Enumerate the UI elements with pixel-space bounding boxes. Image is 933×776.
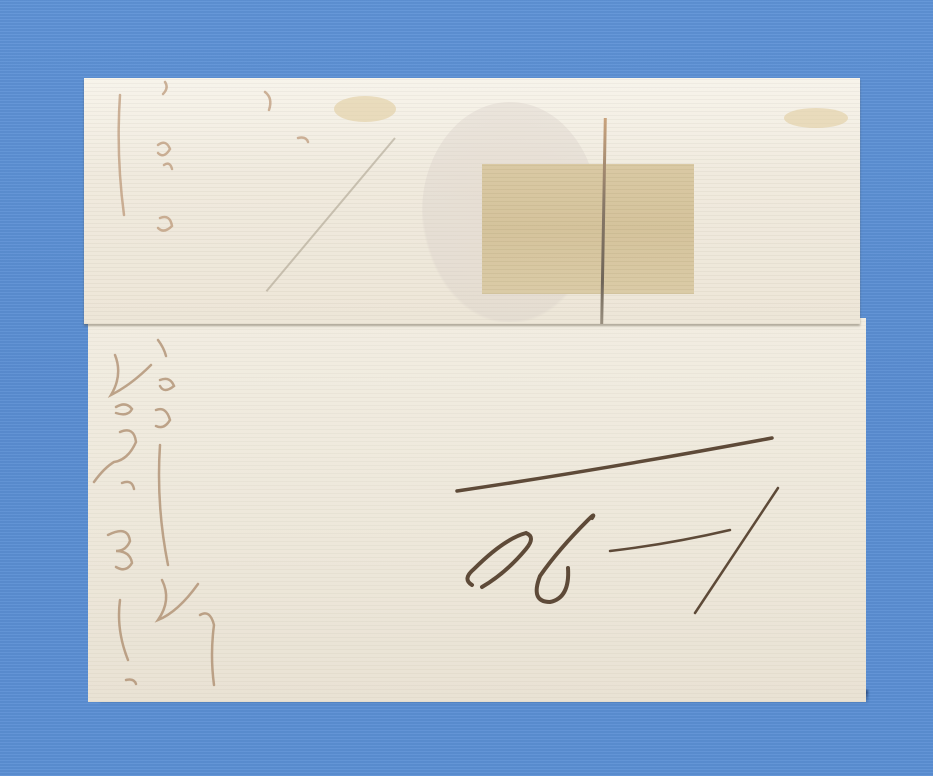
seal-paper-wafer	[482, 164, 694, 294]
letter-body-panel	[88, 318, 866, 702]
stain-top-center	[334, 96, 396, 122]
folded-letter	[84, 78, 866, 702]
stain-top-right	[784, 108, 848, 128]
